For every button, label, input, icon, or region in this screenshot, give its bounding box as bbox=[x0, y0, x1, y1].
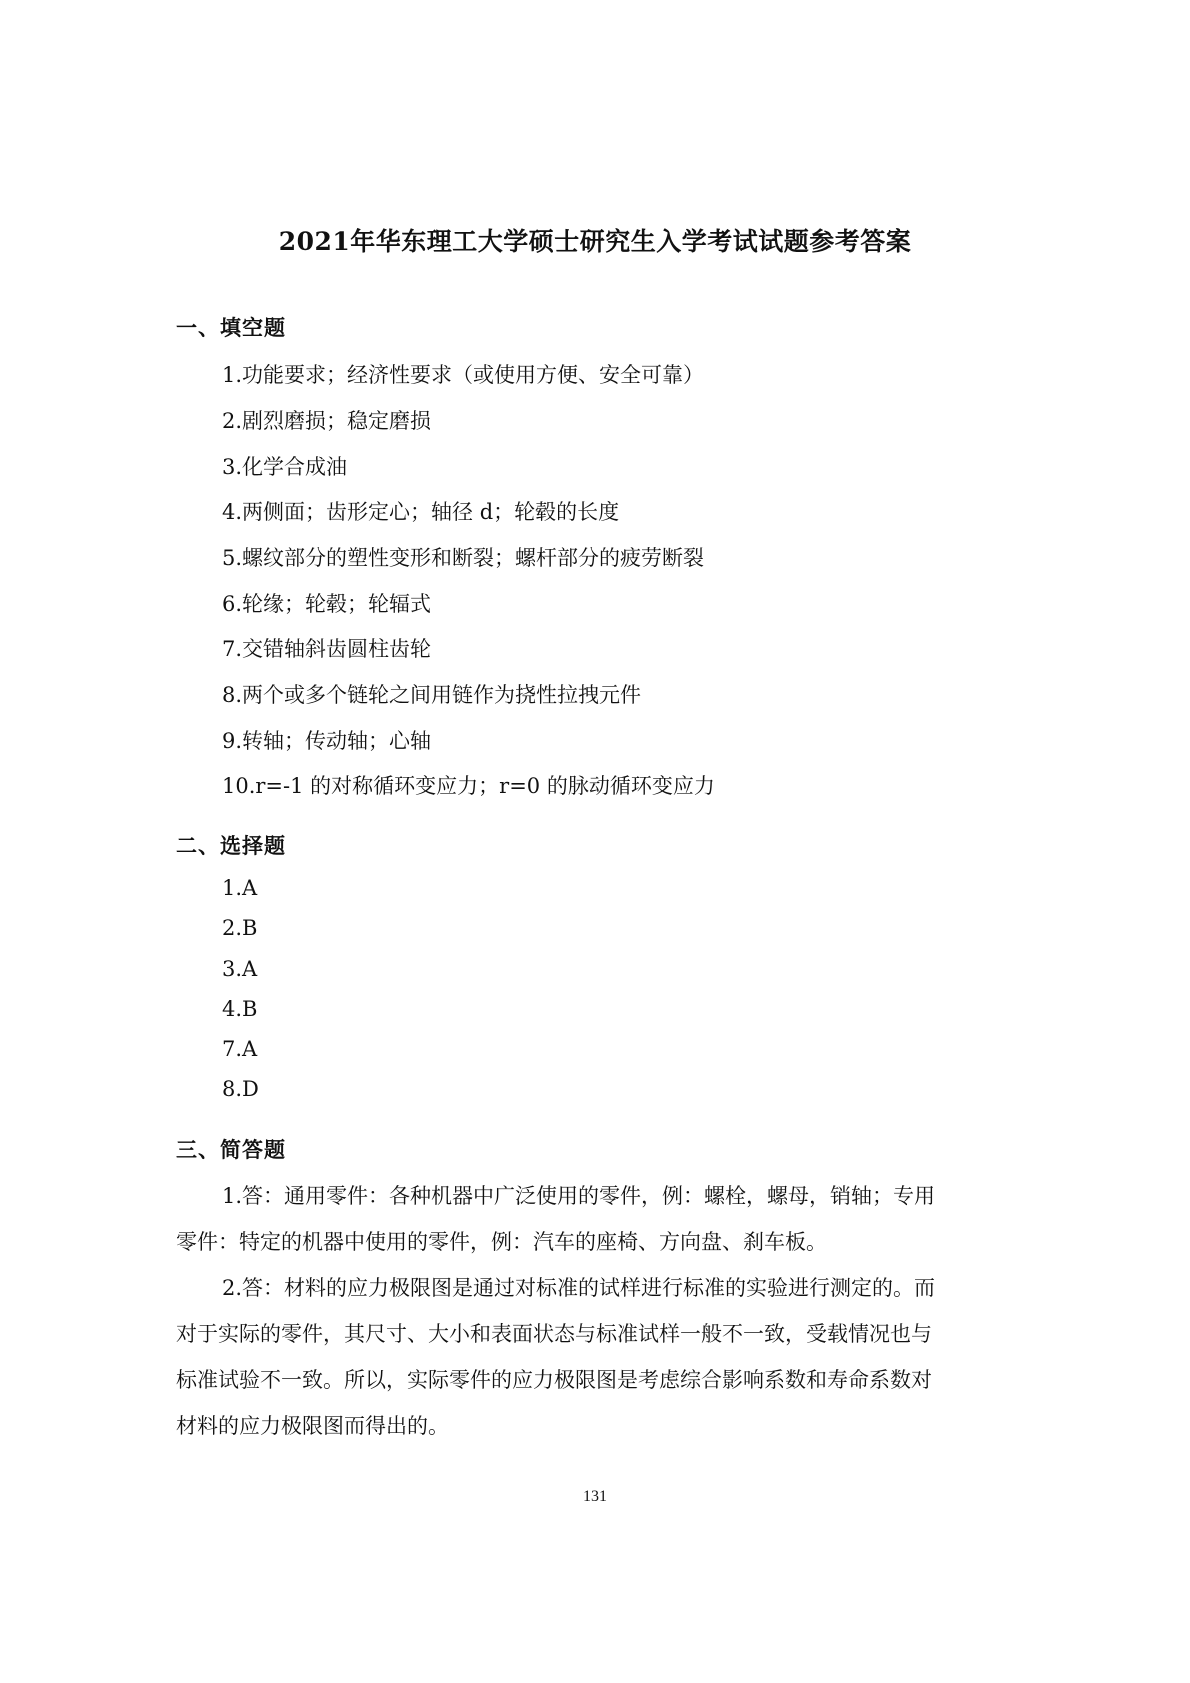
choice-answer-1: 1.A bbox=[222, 876, 257, 900]
choice-answer-7: 7.A bbox=[222, 1037, 257, 1061]
short-answer-2-line-4: 材料的应力极限图而得出的。 bbox=[176, 1410, 449, 1440]
fill-in-answer-8: 8.两个或多个链轮之间用链作为挠性拉拽元件 bbox=[222, 679, 641, 709]
short-answer-2-line-2: 对于实际的零件，其尺寸、大小和表面状态与标准试样一般不一致，受载情况也与 bbox=[176, 1318, 932, 1348]
fill-in-answer-4: 4.两侧面；齿形定心；轴径 d；轮毂的长度 bbox=[222, 496, 619, 526]
fill-in-answer-5: 5.螺纹部分的塑性变形和断裂；螺杆部分的疲劳断裂 bbox=[222, 542, 704, 572]
choice-answer-2: 2.B bbox=[222, 916, 257, 940]
section-heading-multiple-choice: 二、选择题 bbox=[176, 830, 286, 860]
short-answer-1-line-2: 零件：特定的机器中使用的零件，例：汽车的座椅、方向盘、刹车板。 bbox=[176, 1226, 827, 1256]
fill-in-answer-10: 10.r=-1 的对称循环变应力；r=0 的脉动循环变应力 bbox=[222, 770, 715, 800]
section-heading-short-answer: 三、简答题 bbox=[176, 1134, 286, 1164]
fill-in-answer-6: 6.轮缘；轮毂；轮辐式 bbox=[222, 588, 431, 618]
page-number: 131 bbox=[0, 1488, 1190, 1506]
fill-in-answer-2: 2.剧烈磨损；稳定磨损 bbox=[222, 405, 431, 435]
choice-answer-3: 3.A bbox=[222, 957, 257, 981]
choice-answer-4: 4.B bbox=[222, 997, 257, 1021]
fill-in-answer-1: 1.功能要求；经济性要求（或使用方便、安全可靠） bbox=[222, 359, 704, 389]
fill-in-answer-9: 9.转轴；传动轴；心轴 bbox=[222, 725, 431, 755]
fill-in-answer-3: 3.化学合成油 bbox=[222, 451, 347, 481]
short-answer-2-line-3: 标准试验不一致。所以，实际零件的应力极限图是考虑综合影响系数和寿命系数对 bbox=[176, 1364, 932, 1394]
short-answer-2-line-1: 2.答：材料的应力极限图是通过对标准的试样进行标准的实验进行测定的。而 bbox=[222, 1272, 935, 1302]
short-answer-1-line-1: 1.答：通用零件：各种机器中广泛使用的零件，例：螺栓，螺母，销轴；专用 bbox=[222, 1180, 935, 1210]
document-title: 2021年华东理工大学硕士研究生入学考试试题参考答案 bbox=[0, 222, 1190, 258]
document-page: 2021年华东理工大学硕士研究生入学考试试题参考答案 一、填空题 1.功能要求；… bbox=[0, 0, 1190, 1683]
choice-answer-8: 8.D bbox=[222, 1077, 259, 1101]
fill-in-answer-7: 7.交错轴斜齿圆柱齿轮 bbox=[222, 633, 431, 663]
section-heading-fill-in: 一、填空题 bbox=[176, 312, 286, 342]
